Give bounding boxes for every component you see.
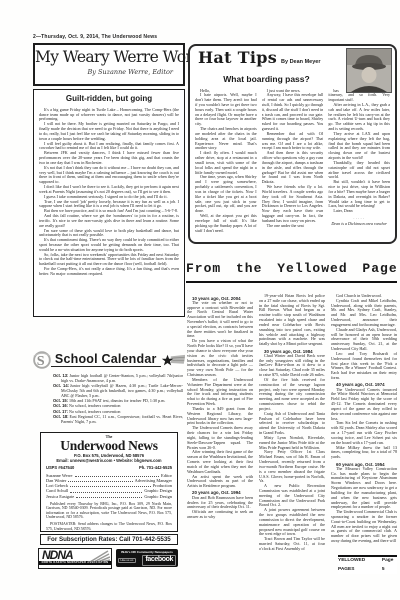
comets-logo-icon: S (33, 349, 51, 371)
star-flag-icon (161, 352, 185, 369)
svg-text:S: S (37, 353, 45, 369)
phone-number: Ph. 701-442-5525 (139, 466, 172, 470)
facebook-badge-title: BHG's ND Community Newspapers (118, 551, 176, 555)
paragraph: Do you have a vision of what the North P… (187, 339, 253, 378)
staff-row: Jessica EastgateGraphic Design (46, 494, 172, 499)
paragraph: Claude and Gladys Ash, Underwood, will b… (331, 328, 397, 352)
hat-tips-headline: What boarding pass? (195, 75, 338, 84)
paragraph: I hate airports. Well, maybe I don't hat… (195, 93, 257, 127)
weary-article-body: It's a big game Friday night in Turtle L… (39, 108, 179, 277)
paragraph: An artist spent the week with Underwood … (187, 475, 253, 489)
paragraph: It's that commitment thing. There's no w… (39, 238, 179, 252)
jump-label: YELLOWED PAGES (338, 557, 382, 574)
paragraph: The chairs and benches in airports are m… (195, 127, 257, 151)
dotted-leader (75, 476, 160, 477)
hat-tips-body: Hello,I hate airports. Well, maybe I don… (195, 89, 390, 235)
ndna-caption: NORTH DAKOTA NEWSPAPER ASSOCIATION (39, 561, 111, 565)
paragraph: And then there is this security officer … (262, 151, 324, 185)
columnist-photo (346, 48, 392, 93)
paragraph: Well, at the airport you get this envelo… (195, 214, 257, 233)
paragraph: The one under the seat (262, 224, 324, 229)
paragraph: The vote on whether or not to approve a … (187, 301, 253, 340)
paragraph: One time, years ago, when Shirley and I … (195, 175, 257, 214)
school-calendar-entries: Oct. 13:Junior high football @ Center-St… (53, 374, 183, 425)
paragraph: Between JFK and varsity dancers, I think… (39, 151, 179, 165)
usps-number: USPS #647540 (46, 466, 74, 470)
dotted-leader (70, 486, 151, 487)
hat-tips-col2: I just want the news.Anyway, I have this… (262, 89, 324, 235)
hat-tips-col1: Hello,I hate airports. Well, maybe I don… (195, 89, 257, 235)
dotted-leader (70, 492, 142, 493)
continuation-marker: YELLOWED PAGES Page 5 (338, 555, 397, 574)
underwood-news-masthead: The Underwood News P.O. Box 575, Underwo… (40, 432, 178, 532)
masthead-staff-list: Suzanne WerreEditor Dan WinterAdvertisin… (46, 473, 172, 499)
facebook-badge: BHG's ND Community Newspapers Like us on… (116, 549, 178, 567)
paragraph: I will not be there. My brother is getti… (39, 122, 179, 141)
paragraph: So, folks, take the next two weekends' o… (39, 253, 179, 267)
paragraph: Thankfully, they headed this catastrophe… (328, 161, 390, 180)
paragraph: The Underwood Commercial Club is sponsor… (331, 510, 397, 544)
columnist-credit: Dean is a Dickinson area rancher (328, 217, 390, 227)
hat-tips-byline: By Dean Meyer (281, 60, 320, 66)
weary-column-title: My Weary Werre World (35, 50, 183, 66)
dotted-leader (76, 497, 142, 498)
school-calendar-section: S School Calendar Oct. 13:Junior high fo… (33, 349, 185, 429)
page-folio: 2—Thursday, Oct. 9, 2014, The Underwood … (33, 35, 157, 40)
paragraph: Officials are continuing to seek an answ… (187, 510, 253, 520)
yellowed-col2: 19-year-old Brian Bovis led police on a … (259, 294, 325, 568)
yellowed-col1: 10 years ago, Oct. 2004The vote on wheth… (187, 294, 253, 568)
calendar-entry: Oct. 18:East Regional CC, 11 a.m., Coope… (53, 415, 183, 425)
paragraph: Remember that ad with OJ running through… (262, 132, 324, 151)
paragraph: It's not that I don't think they can do … (39, 166, 179, 185)
paragraph: Members of the Underwood Volunteer Fire … (187, 378, 253, 407)
paragraph: Don and Bob Rasmusson have been dealers … (187, 496, 253, 510)
paragraph: They arrive at LAX and upon explaining w… (328, 132, 390, 161)
subscription-rates-bar: For Subscription Rates: Call 701-442-553… (40, 534, 178, 545)
paragraph: For the Comp-Hers, it's not really a dan… (39, 267, 179, 277)
paragraph: Misty Lynn Nomlott, Riverdale, earned th… (259, 436, 325, 450)
newspaper-page: 2—Thursday, Oct. 9, 2014, The Underwood … (0, 0, 400, 600)
paragraph: But still, wouldn't it have been nice to… (328, 180, 390, 209)
published-info: Published every Thursday by BHG, Inc., P… (46, 502, 172, 520)
paragraph: It's a big game Friday night in Turtle L… (39, 108, 179, 122)
paragraph: Anyway, I have this envelope full of ren… (262, 93, 324, 132)
jump-page: Page 5 (382, 557, 397, 574)
paragraph: Leo and Tory Brafsardt of Underwood foun… (331, 352, 397, 381)
postmaster-info: POSTMASTER: Send address changes to The … (46, 522, 172, 531)
paragraph: Later, Dean (328, 209, 390, 214)
yellowed-pages-columns: 10 years ago, Oct. 2004The vote on wheth… (187, 294, 397, 568)
paragraph: A joint powers agreement between the two… (259, 508, 325, 537)
paragraph: And this fall routine, where we get the … (39, 214, 179, 228)
ndna-acronym: NDNA (39, 549, 111, 561)
weary-article-headline: Guilt-ridden, but going (39, 95, 179, 104)
paragraph: Navy Petty Officer 1st Class Michael Ema… (259, 450, 325, 484)
hat-tips-col3: has passports, medication, itinerary, an… (328, 89, 390, 235)
paragraph: After winning their first game of the se… (187, 450, 253, 474)
ndna-logo: NDNA NORTH DAKOTA NEWSPAPER ASSOCIATION (38, 548, 112, 569)
hat-tips-title: Hat Tips (198, 50, 277, 66)
paragraph: After arriving in L.A., they grab a cab … (328, 103, 390, 132)
masthead-contact: Email: unnews@westriv.com • Website: bhg… (46, 458, 172, 464)
masthead-title: Underwood News (46, 439, 172, 453)
weary-article: Guilt-ridden, but going It's a big game … (33, 89, 185, 317)
masthead-usps-phone: USPS #647540 Ph. 701-442-5525 (46, 466, 172, 470)
weary-column-byline: By Suzanne Werre, Editor (35, 69, 183, 76)
paragraph: Of the five bids received for constructi… (259, 378, 325, 412)
paragraph: The Underwood Comets threw away their ch… (187, 426, 253, 450)
paragraph: Traci Brown and Tim Taylor will be marri… (259, 537, 325, 551)
paragraph: A new Public Recreation Commission was e… (259, 484, 325, 508)
paragraph: Thanks to a $49 grant from the Western R… (187, 407, 253, 426)
school-calendar-title: School Calendar (51, 353, 161, 368)
dotted-leader (68, 481, 132, 482)
paragraph: Cynthia Craft and Mikel Leidholm, Underw… (331, 299, 397, 328)
hat-tips-column: Hat Tips By Dean Meyer What boarding pas… (188, 44, 397, 244)
paragraph: I don't fly often. I would much rather d… (195, 151, 257, 175)
paragraph: Craig Ash of Underwood and Tania Paulson… (259, 412, 325, 436)
yellowed-col3: God Church in Underwood.Cynthia Craft an… (331, 294, 397, 546)
facebook-logo: facebook (142, 555, 176, 566)
calendar-entry: Oct. 14:Junior high volleyball @ Hazen, … (53, 384, 183, 398)
yellowed-pages-title: From the Yellowed Pages (186, 259, 397, 283)
paragraph: 19-year-old Brian Bovis led police on a … (259, 294, 325, 347)
paragraph: Mike Milkey threw the ball 13 times, com… (331, 446, 397, 460)
weary-werre-masthead: My Weary Werre World By Suzanne Werre, E… (33, 43, 185, 86)
school-calendar-header: S School Calendar (33, 349, 185, 371)
paragraph: The Missouri Valley Construction Co. has… (331, 467, 397, 510)
paragraph: Chad Winter and David Beck were the only… (259, 354, 325, 378)
like-us-label: Like us on (118, 558, 136, 563)
facebook-badge-row: Like us on facebook (118, 555, 176, 566)
paragraph: Tom Six led the Comets in rushing with 8… (331, 421, 397, 445)
paragraph: The Underwood Comets trounced the White … (331, 388, 397, 422)
paragraph: We have friends who fly a lot. World tra… (262, 185, 324, 224)
